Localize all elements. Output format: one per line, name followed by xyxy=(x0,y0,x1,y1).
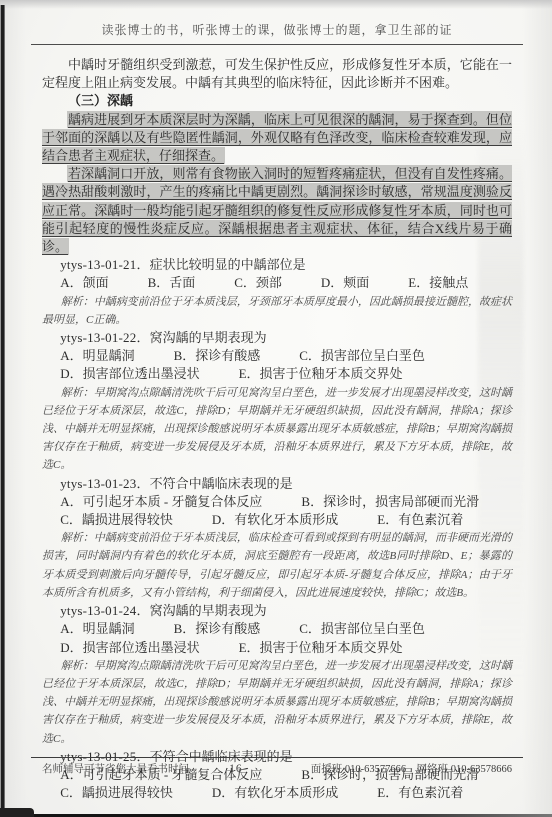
page-number: 16 xyxy=(229,763,243,775)
section-heading: （三）深龋 xyxy=(42,92,512,110)
highlighted-paragraphs: 龋病进展到牙本质深层时为深龋，临床上可见很深的龋洞，易于探查到。但位于邻面的深龋… xyxy=(42,111,512,257)
question-id: ytys-13-01-22． xyxy=(60,330,149,345)
option-line: A．颌面 B．舌面 C．颈部 D．颊面 E．接触点 xyxy=(42,274,512,292)
option-line: A．可引起牙本质 - 牙髓复合体反应 B．探诊时，损害局部硬而光滑 xyxy=(42,493,512,511)
option-line: A．明显龋洞 B．探诊有酸感 C．损害部位呈白垩色 xyxy=(42,620,512,638)
question-block: ytys-13-01-21．症状比较明显的中龋部位是A．颌面 B．舌面 C．颈部… xyxy=(42,256,512,329)
intro-paragraph: 中龋时牙髓组织受到激惹，可发生保护性反应，形成修复性牙本质，它能在一定程度上阻止… xyxy=(42,56,512,92)
option-line: D．损害部位透出墨浸状 E．损害于位釉牙本质交界处 xyxy=(42,365,512,383)
question-id: ytys-13-01-23． xyxy=(60,476,149,491)
questions-list: ytys-13-01-21．症状比较明显的中龋部位是A．颌面 B．舌面 C．颈部… xyxy=(42,256,512,802)
question-id: ytys-13-01-21． xyxy=(60,257,149,272)
footer-contact: 面授班 010-63577666 网络班 010-63578666 xyxy=(311,761,512,776)
scanned-book-page: 读张博士的书，听张博士的课，做张博士的题，拿卫生部的证 中龋时牙髓组织受到激惹，… xyxy=(0,0,552,817)
header-rule xyxy=(31,44,523,45)
question-id: ytys-13-01-24． xyxy=(60,603,149,618)
option-line: C．龋损进展得较快 D．有软化牙本质形成 E．有色素沉着 xyxy=(42,511,512,529)
footer-slogan: 名师辅导可节省您大量看书时间 xyxy=(42,761,189,776)
question-stem-text: 窝沟龋的早期表现为 xyxy=(150,330,267,345)
highlight-marker: 龋病进展到牙本质深层时为深龋，临床上可见很深的龋洞，易于探查到。但位于邻面的深龋… xyxy=(42,112,512,163)
question-stem-text: 窝沟龋的早期表现为 xyxy=(150,603,267,618)
question-stem: ytys-13-01-22．窝沟龋的早期表现为 xyxy=(42,329,512,347)
question-block: ytys-13-01-22．窝沟龋的早期表现为A．明显龋洞 B．探诊有酸感 C．… xyxy=(42,329,512,475)
question-stem: ytys-13-01-24．窝沟龋的早期表现为 xyxy=(42,602,512,620)
option-line: A．明显龋洞 B．探诊有酸感 C．损害部位呈白垩色 xyxy=(42,347,512,365)
highlight-marker: 若深龋洞口开放，则常有食物嵌入洞时的短暂疼痛症状，但没有自发性疼痛。遇冷热甜酸刺… xyxy=(42,166,512,254)
analysis-text: 解析：早期窝沟点隙龋清洗吹干后可见窝沟呈白垩色，进一步发展才出现墨浸样改变，这时… xyxy=(42,657,512,748)
scan-corner-artifact xyxy=(0,808,34,817)
question-block: ytys-13-01-24．窝沟龋的早期表现为A．明显龋洞 B．探诊有酸感 C．… xyxy=(42,602,512,748)
body-text: 中龋时牙髓组织受到激惹，可发生保护性反应，形成修复性牙本质，它能在一定程度上阻止… xyxy=(42,56,512,802)
analysis-text: 解析：早期窝沟点隙龋清洗吹干后可见窝沟呈白垩色，进一步发展才出现墨浸样改变，这时… xyxy=(42,384,512,475)
analysis-text: 解析：中龋病变前沿位于牙本质浅层，牙颈部牙本质厚度最小，因此龋损最接近髓腔，故症… xyxy=(42,293,512,329)
question-stem-text: 不符合中龋临床表现的是 xyxy=(150,476,293,491)
footer-rule xyxy=(31,757,523,758)
running-header: 读张博士的书，听张博士的课，做张博士的题，拿卫生部的证 xyxy=(42,21,512,38)
page-content: 读张博士的书，听张博士的课，做张博士的题，拿卫生部的证 中龋时牙髓组织受到激惹，… xyxy=(42,21,512,802)
question-block: ytys-13-01-23．不符合中龋临床表现的是A．可引起牙本质 - 牙髓复合… xyxy=(42,475,512,602)
question-stem-text: 症状比较明显的中龋部位是 xyxy=(150,257,306,272)
highlighted-paragraph: 龋病进展到牙本质深层时为深龋，临床上可见很深的龋洞，易于探查到。但位于邻面的深龋… xyxy=(42,111,512,166)
scan-left-edge xyxy=(0,5,5,813)
question-stem: ytys-13-01-21．症状比较明显的中龋部位是 xyxy=(42,256,512,274)
highlighted-paragraph: 若深龋洞口开放，则常有食物嵌入洞时的短暂疼痛症状，但没有自发性疼痛。遇冷热甜酸刺… xyxy=(42,165,512,256)
question-stem: ytys-13-01-23．不符合中龋临床表现的是 xyxy=(42,475,512,493)
option-line: C．龋损进展得较快 D．有软化牙本质形成 E．有色素沉着 xyxy=(42,784,512,802)
option-line: D．损害部位透出墨浸状 E．损害于位釉牙本质交界处 xyxy=(42,639,512,657)
analysis-text: 解析：中龋病变前沿位于牙本质浅层，临床检查可看到或探到有明显的龋洞，而非硬而光滑… xyxy=(42,529,512,602)
page-footer: 名师辅导可节省您大量看书时间 16 面授班 010-63577666 网络班 0… xyxy=(31,757,523,776)
